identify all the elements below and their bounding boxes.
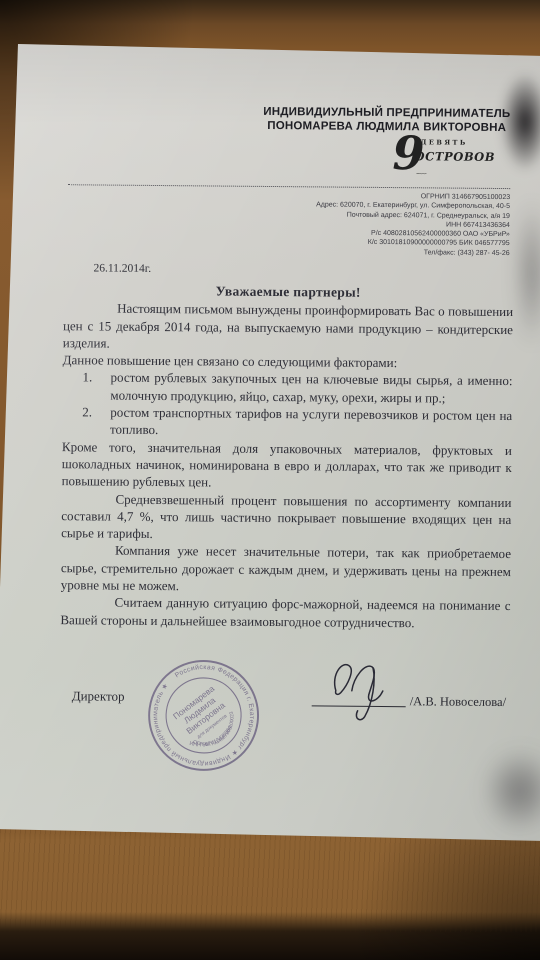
paragraph-intro: Настоящим письмом вынуждены проинформиро… xyxy=(63,299,513,355)
paragraph-percent: Средневзвешенный процент повышения по ас… xyxy=(61,490,511,546)
nine-islands-logo: 9 ДЕВЯТЬ ОСТРОВОВ ﹏ xyxy=(390,134,483,193)
desk-wood-grain xyxy=(0,828,540,932)
list-item: 1. ростом рублевых закупочных цен на клю… xyxy=(82,369,512,407)
list-item-number: 1. xyxy=(82,369,110,404)
list-item: 2. ростом транспортных тарифов на услуги… xyxy=(82,403,512,441)
paragraph-losses: Компания уже несет значительные потери, … xyxy=(61,542,511,598)
logo-flourish: ﹏ xyxy=(416,161,429,176)
letter-paper: ИНДИВИДИУЛЬНЫЙ ПРЕДПРИНИМАТЕЛЬ ПОНОМАРЕВ… xyxy=(0,0,540,960)
logo-small-word: ДЕВЯТЬ xyxy=(421,138,468,146)
signer-title: Директор xyxy=(72,688,125,704)
list-item-text: ростом транспортных тарифов на услуги пе… xyxy=(110,404,512,442)
photographed-letter-scene: ИНДИВИДИУЛЬНЫЙ ПРЕДПРИНИМАТЕЛЬ ПОНОМАРЕВ… xyxy=(0,0,540,960)
handwritten-signature xyxy=(322,654,403,721)
signer-name: /А.В. Новоселова/ xyxy=(410,694,507,710)
list-item-number: 2. xyxy=(82,403,110,438)
letter-body: Уважаемые партнеры! Настоящим письмом вы… xyxy=(60,281,513,632)
letterhead-line2: ПОНОМАРЕВА ЛЮДМИЛА ВИКТОРОВНА xyxy=(241,119,533,136)
requisite-line: Тел/факс: (343) 287- 45-26 xyxy=(232,246,510,258)
round-company-stamp: Российская Федерация г. Екатеринбург ★ И… xyxy=(122,634,285,797)
letterhead: ИНДИВИДИУЛЬНЫЙ ПРЕДПРИНИМАТЕЛЬ ПОНОМАРЕВ… xyxy=(241,105,533,136)
letter-date: 26.11.2014г. xyxy=(93,262,151,275)
list-item-text: ростом рублевых закупочных цен на ключев… xyxy=(110,369,512,407)
letter-content: ИНДИВИДИУЛЬНЫЙ ПРЕДПРИНИМАТЕЛЬ ПОНОМАРЕВ… xyxy=(0,0,540,960)
paragraph-packaging: Кроме того, значительная доля упаковочны… xyxy=(62,438,512,494)
paragraph-closing: Считаем данную ситуацию форс-мажорной, н… xyxy=(60,594,510,633)
requisites-block: ОГРНИП 314667905100023 Адрес: 620070, г.… xyxy=(232,191,511,259)
